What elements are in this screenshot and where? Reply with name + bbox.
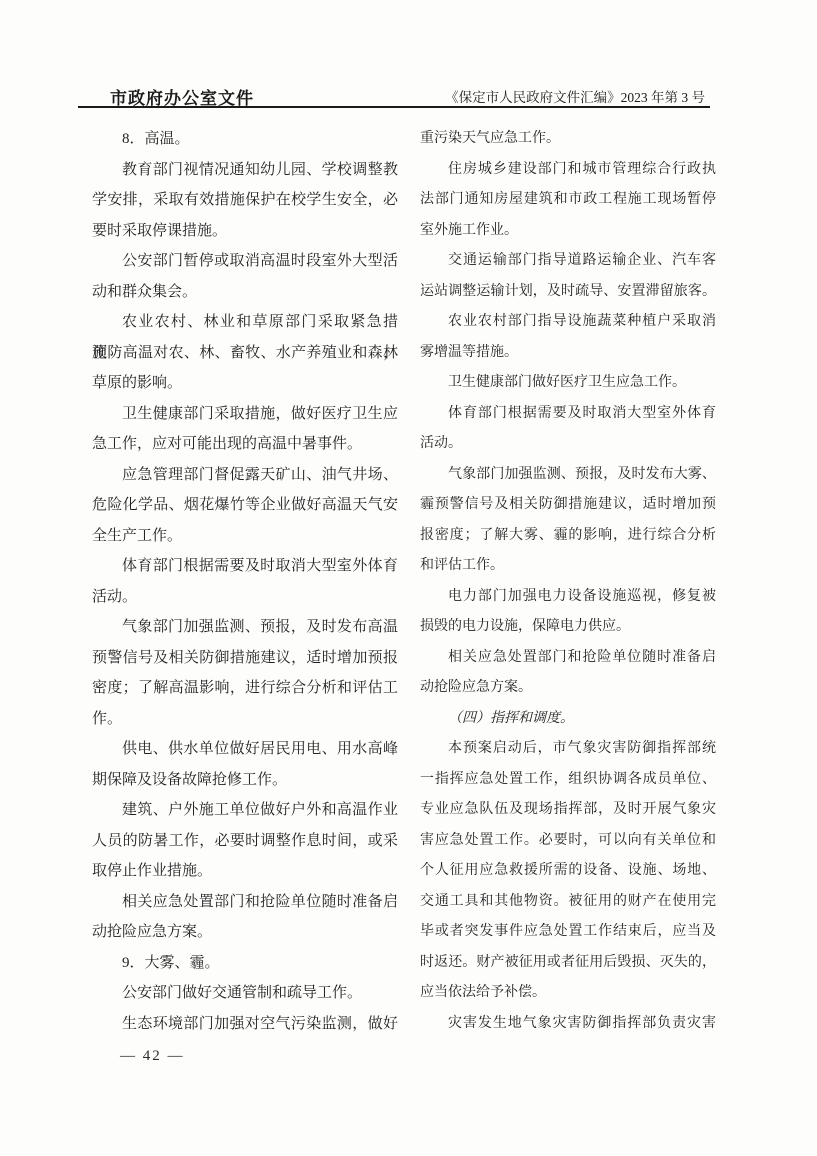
text-line: 8．高温。 <box>92 124 398 155</box>
text-line: 取停止作业措施。 <box>92 856 398 887</box>
text-line: 灾害发生地气象灾害防御指挥部负责灾害 <box>420 1009 716 1040</box>
column-left: 8．高温。教育部门视情况通知幼儿园、学校调整教学安排，采取有效措施保护在校学生安… <box>92 124 398 1039</box>
column-right: 重污染天气应急工作。住房城乡建设部门和城市管理综合行政执法部门通知房屋建筑和市政… <box>420 124 716 1039</box>
text-line: 卫生健康部门采取措施，做好医疗卫生应 <box>92 399 398 430</box>
text-line: 9．大雾、霾。 <box>92 948 398 979</box>
text-line: 重污染天气应急工作。 <box>420 124 716 155</box>
text-line: 法部门通知房屋建筑和市政工程施工现场暂停 <box>420 185 716 216</box>
text-line: 体育部门根据需要及时取消大型室外体育 <box>92 551 398 582</box>
text-line: 农业农村部门指导设施蔬菜种植户采取消 <box>420 307 716 338</box>
text-line: 相关应急处置部门和抢险单位随时准备启 <box>92 887 398 918</box>
text-line: 草原的影响。 <box>92 368 398 399</box>
text-line: 运站调整运输计划，及时疏导、安置滞留旅客。 <box>420 277 716 308</box>
header-right-title: 《保定市人民政府文件汇编》2023 年第 3 号 <box>445 86 705 106</box>
text-line: 活动。 <box>420 429 716 460</box>
text-line: （四）指挥和调度。 <box>420 704 716 735</box>
text-line: 应急管理部门督促露天矿山、油气井场、 <box>92 460 398 491</box>
header-rule <box>78 106 710 108</box>
text-line: 动抢险应急方案。 <box>92 917 398 948</box>
text-line: 气象部门加强监测、预报，及时发布大雾、 <box>420 460 716 491</box>
text-line: 时返还。财产被征用或者征用后毁损、灭失的， <box>420 948 716 979</box>
text-line: 住房城乡建设部门和城市管理综合行政执 <box>420 155 716 186</box>
text-line: 密度；了解高温影响，进行综合分析和评估工 <box>92 673 398 704</box>
text-line: 全生产工作。 <box>92 521 398 552</box>
text-line: 损毁的电力设施，保障电力供应。 <box>420 612 716 643</box>
text-line: 期保障及设备故障抢修工作。 <box>92 765 398 796</box>
text-line: 公安部门暂停或取消高温时段室外大型活 <box>92 246 398 277</box>
text-line: 公安部门做好交通管制和疏导工作。 <box>92 978 398 1009</box>
text-line: 活动。 <box>92 582 398 613</box>
text-line: 报密度；了解大雾、霾的影响，进行综合分析 <box>420 521 716 552</box>
text-line: 室外施工作业。 <box>420 216 716 247</box>
text-line: 交通工具和其他物资。被征用的财产在使用完 <box>420 887 716 918</box>
text-line: 作。 <box>92 704 398 735</box>
text-line: 卫生健康部门做好医疗卫生应急工作。 <box>420 368 716 399</box>
text-line: 预警信号及相关防御措施建议，适时增加预报 <box>92 643 398 674</box>
text-line: 交通运输部门指导道路运输企业、汽车客 <box>420 246 716 277</box>
text-line: 人员的防暑工作，必要时调整作息时间，或采 <box>92 826 398 857</box>
text-line: 动和群众集会。 <box>92 277 398 308</box>
text-line: 供电、供水单位做好居民用电、用水高峰 <box>92 734 398 765</box>
text-line: 电力部门加强电力设备设施巡视，修复被 <box>420 582 716 613</box>
text-line: 危险化学品、烟花爆竹等企业做好高温天气安 <box>92 490 398 521</box>
text-line: 动抢险应急方案。 <box>420 673 716 704</box>
document-page: 市政府办公室文件 《保定市人民政府文件汇编》2023 年第 3 号 8．高温。教… <box>0 0 817 1156</box>
text-line: 一指挥应急处置工作，组织协调各成员单位、 <box>420 765 716 796</box>
text-line: 体育部门根据需要及时取消大型室外体育 <box>420 399 716 430</box>
footer-page-number: — 42 — <box>120 1046 185 1066</box>
text-line: 专业应急队伍及现场指挥部，及时开展气象灾 <box>420 795 716 826</box>
text-line: 害应急处置工作。必要时，可以向有关单位和 <box>420 826 716 857</box>
text-line: 毕或者突发事件应急处置工作结束后，应当及 <box>420 917 716 948</box>
text-line: 学安排，采取有效措施保护在校学生安全，必 <box>92 185 398 216</box>
text-line: 个人征用应急救援所需的设备、设施、场地、 <box>420 856 716 887</box>
text-line: 要时采取停课措施。 <box>92 216 398 247</box>
text-line: 雾增温等措施。 <box>420 338 716 369</box>
text-line: 本预案启动后，市气象灾害防御指挥部统 <box>420 734 716 765</box>
text-line: 霾预警信号及相关防御措施建议，适时增加预 <box>420 490 716 521</box>
text-line: 气象部门加强监测、预报，及时发布高温 <box>92 612 398 643</box>
text-line: 教育部门视情况通知幼儿园、学校调整教 <box>92 155 398 186</box>
text-line: 建筑、户外施工单位做好户外和高温作业 <box>92 795 398 826</box>
text-line: 相关应急处置部门和抢险单位随时准备启 <box>420 643 716 674</box>
text-line: 生态环境部门加强对空气污染监测，做好 <box>92 1009 398 1040</box>
text-line: 急工作，应对可能出现的高温中暑事件。 <box>92 429 398 460</box>
text-line: 预防高温对农、林、畜牧、水产养殖业和森林 <box>92 338 398 369</box>
text-line: 农业农村、林业和草原部门采取紧急措施， <box>92 307 398 338</box>
text-line: 应当依法给予补偿。 <box>420 978 716 1009</box>
text-line: 和评估工作。 <box>420 551 716 582</box>
